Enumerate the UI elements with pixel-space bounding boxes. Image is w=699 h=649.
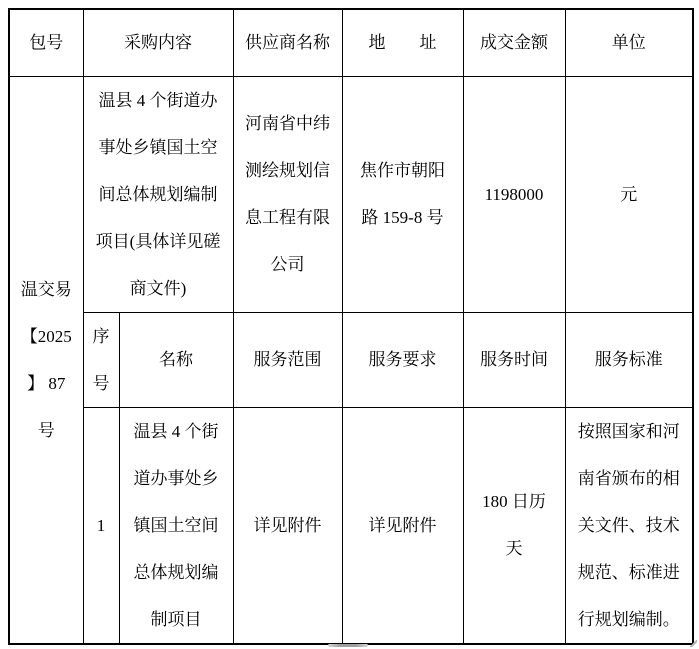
cell-supplier-name: 河南省中纬 测绘规划信 息工程有限 公司	[233, 76, 342, 312]
cell-package-no: 温交易 【2025 】 87 号	[9, 76, 83, 644]
detail-header-name: 名称	[119, 312, 233, 407]
detail-header-seq: 序 号	[83, 312, 119, 407]
detail-header-service-requirement: 服务要求	[342, 312, 463, 407]
detail-cell-service-time: 180 日历 天	[463, 407, 565, 644]
detail-header-service-scope: 服务范围	[233, 312, 342, 407]
header-cell-procurement-content: 采购内容	[83, 9, 233, 76]
document-page: 包号 采购内容 供应商名称 地 址 成交金额 单位 温交易 【2025 】 87…	[0, 0, 699, 649]
detail-header-service-standard: 服务标准	[565, 312, 693, 407]
detail-header-row: 序 号 名称 服务范围 服务要求 服务时间 服务标准	[9, 312, 693, 407]
cell-procurement-content: 温县 4 个街道办 事处乡镇国土空 间总体规划编制 项目(具体详见磋 商文件)	[83, 76, 233, 312]
header-cell-unit: 单位	[565, 9, 693, 76]
detail-cell-service-scope: 详见附件	[233, 407, 342, 644]
resize-corner-mark	[690, 640, 697, 647]
header-cell-package-no: 包号	[9, 9, 83, 76]
detail-header-service-time: 服务时间	[463, 312, 565, 407]
detail-cell-service-requirement: 详见附件	[342, 407, 463, 644]
cell-address: 焦作市朝阳 路 159-8 号	[342, 76, 463, 312]
header-cell-supplier-name: 供应商名称	[233, 9, 342, 76]
cell-deal-amount: 1198000	[463, 76, 565, 312]
header-cell-address: 地 址	[342, 9, 463, 76]
cell-unit: 元	[565, 76, 693, 312]
detail-cell-seq: 1	[83, 407, 119, 644]
package-row: 温交易 【2025 】 87 号 温县 4 个街道办 事处乡镇国土空 间总体规划…	[9, 76, 693, 312]
award-result-table: 包号 采购内容 供应商名称 地 址 成交金额 单位 温交易 【2025 】 87…	[8, 8, 694, 645]
horizontal-scrollbar-thumb[interactable]	[328, 644, 368, 647]
detail-cell-service-standard: 按照国家和河 南省颁布的相 关文件、技术 规范、标准进 行规划编制。	[565, 407, 693, 644]
detail-cell-name: 温县 4 个街 道办事处乡 镇国土空间 总体规划编 制项目	[119, 407, 233, 644]
detail-row: 1 温县 4 个街 道办事处乡 镇国土空间 总体规划编 制项目 详见附件 详见附…	[9, 407, 693, 644]
header-cell-deal-amount: 成交金额	[463, 9, 565, 76]
table-header-row: 包号 采购内容 供应商名称 地 址 成交金额 单位	[9, 9, 693, 76]
